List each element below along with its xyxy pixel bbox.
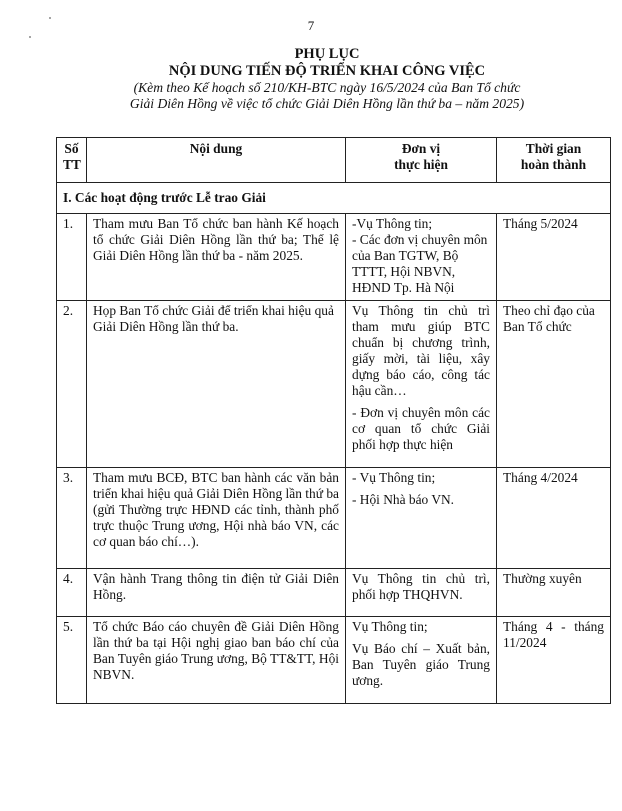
- row-content: Tổ chức Báo cáo chuyên đề Giải Diên Hồng…: [87, 617, 346, 704]
- section-row: I. Các hoạt động trước Lễ trao Giải: [57, 183, 611, 214]
- row-number: 3.: [57, 468, 87, 569]
- row-time: Tháng 4/2024: [497, 468, 611, 569]
- row-unit: - Vụ Thông tin; - Hội Nhà báo VN.: [346, 468, 497, 569]
- column-header-stt: Số TT: [57, 138, 87, 183]
- table-row: 4. Vận hành Trang thông tin điện tử Giải…: [57, 569, 611, 617]
- row-unit: -Vụ Thông tin; - Các đơn vị chuyên môn c…: [346, 214, 497, 301]
- appendix-note-line1: (Kèm theo Kế hoạch số 210/KH-BTC ngày 16…: [32, 80, 622, 96]
- schedule-table: Số TT Nội dung Đơn vị thực hiện Thời gia…: [56, 137, 611, 704]
- row-content: Tham mưu Ban Tổ chức ban hành Kế hoạch t…: [87, 214, 346, 301]
- row-time: Theo chỉ đạo của Ban Tổ chức: [497, 301, 611, 468]
- row-unit: Vụ Thông tin chủ trì tham mưu giúp BTC c…: [346, 301, 497, 468]
- table-row: 3. Tham mưu BCĐ, BTC ban hành các văn bả…: [57, 468, 611, 569]
- row-content: Vận hành Trang thông tin điện tử Giải Di…: [87, 569, 346, 617]
- row-time: Tháng 5/2024: [497, 214, 611, 301]
- page-number: 7: [0, 18, 622, 34]
- scan-speck: [29, 36, 31, 38]
- appendix-title: PHỤ LỤC: [32, 46, 622, 63]
- section-heading: I. Các hoạt động trước Lễ trao Giải: [57, 183, 611, 214]
- row-time: Thường xuyên: [497, 569, 611, 617]
- row-content: Tham mưu BCĐ, BTC ban hành các văn bản t…: [87, 468, 346, 569]
- row-content: Họp Ban Tổ chức Giải để triển khai hiệu …: [87, 301, 346, 468]
- table-row: 1. Tham mưu Ban Tổ chức ban hành Kế hoạc…: [57, 214, 611, 301]
- row-unit: Vụ Thông tin; Vụ Báo chí – Xuất bản, Ban…: [346, 617, 497, 704]
- appendix-subtitle: NỘI DUNG TIẾN ĐỘ TRIỂN KHAI CÔNG VIỆC: [32, 63, 622, 80]
- appendix-note-line2: Giải Diên Hồng về việc tổ chức Giải Diên…: [32, 96, 622, 112]
- row-number: 4.: [57, 569, 87, 617]
- table-header-row: Số TT Nội dung Đơn vị thực hiện Thời gia…: [57, 138, 611, 183]
- row-number: 1.: [57, 214, 87, 301]
- table-row: 5. Tổ chức Báo cáo chuyên đề Giải Diên H…: [57, 617, 611, 704]
- column-header-time: Thời gian hoàn thành: [497, 138, 611, 183]
- column-header-content: Nội dung: [87, 138, 346, 183]
- document-header: PHỤ LỤC NỘI DUNG TIẾN ĐỘ TRIỂN KHAI CÔNG…: [0, 46, 622, 112]
- row-time: Tháng 4 - tháng 11/2024: [497, 617, 611, 704]
- row-number: 2.: [57, 301, 87, 468]
- row-number: 5.: [57, 617, 87, 704]
- column-header-unit: Đơn vị thực hiện: [346, 138, 497, 183]
- row-unit: Vụ Thông tin chủ trì, phối hợp THQHVN.: [346, 569, 497, 617]
- table-row: 2. Họp Ban Tổ chức Giải để triển khai hi…: [57, 301, 611, 468]
